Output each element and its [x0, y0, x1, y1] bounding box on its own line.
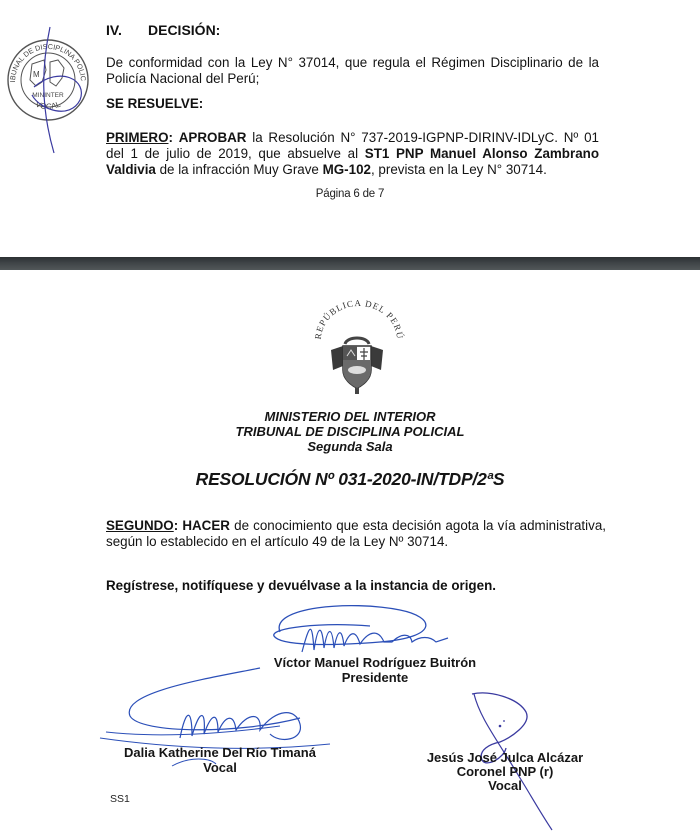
section-number: IV.: [106, 22, 122, 38]
signatory-rank: Coronel PNP (r): [400, 765, 610, 779]
page-separator: [0, 257, 700, 270]
decision-paragraph: De conformidad con la Ley N° 37014, que …: [106, 55, 599, 87]
svg-text:MININTER: MININTER: [32, 92, 64, 99]
primero-verb: APROBAR: [179, 130, 247, 145]
signatory-role: Vocal: [400, 779, 610, 793]
peru-coat-of-arms-icon: REPÚBLICA DEL PERÚ: [307, 300, 407, 395]
page-number: Página 6 de 7: [0, 188, 700, 200]
svg-text:M: M: [33, 70, 40, 79]
se-resuelve-heading: SE RESUELVE:: [106, 96, 203, 111]
tribunal-name: TRIBUNAL DE DISCIPLINA POLICIAL: [0, 425, 700, 440]
primero-label: PRIMERO: [106, 130, 169, 145]
signatory-name: Víctor Manuel Rodríguez Buitrón: [250, 656, 500, 670]
signatory-role: Presidente: [250, 671, 500, 685]
section-title: DECISIÓN:: [148, 22, 220, 38]
svg-text:VOCAL: VOCAL: [34, 99, 62, 111]
chamber-name: Segunda Sala: [0, 440, 700, 455]
ministry-name: MINISTERIO DEL INTERIOR: [0, 410, 700, 425]
tribunal-stamp-icon: TRIBUNAL DE DISCIPLINA POLICIAL VOCAL M …: [2, 36, 94, 128]
signatory-name: Jesús José Julca Alcázar: [400, 751, 610, 765]
segundo-paragraph: SEGUNDO: HACER de conocimiento que esta …: [106, 518, 606, 550]
svg-text:J. JULCA: J. JULCA: [32, 126, 64, 128]
infraction-code: MG-102: [323, 162, 371, 177]
primero-paragraph: PRIMERO: APROBAR la Resolución N° 737-20…: [106, 130, 599, 178]
svg-text:REPÚBLICA DEL PERÚ: REPÚBLICA DEL PERÚ: [313, 300, 405, 340]
segundo-verb: HACER: [182, 518, 230, 533]
svg-text:TRIBUNAL DE DISCIPLINA POLICIA: TRIBUNAL DE DISCIPLINA POLICIAL: [2, 36, 88, 82]
closing-statement: Regístrese, notifíquese y devuélvase a l…: [106, 578, 496, 593]
footer-code: SS1: [110, 793, 130, 805]
document-page-6: TRIBUNAL DE DISCIPLINA POLICIAL VOCAL M …: [0, 0, 700, 257]
signatory-role: Vocal: [110, 761, 330, 775]
segundo-label: SEGUNDO: [106, 518, 174, 533]
signatory-name: Dalia Katherine Del Río Timaná: [110, 746, 330, 760]
resolution-title: RESOLUCIÓN Nº 031-2020-IN/TDP/2ªS: [0, 469, 700, 490]
